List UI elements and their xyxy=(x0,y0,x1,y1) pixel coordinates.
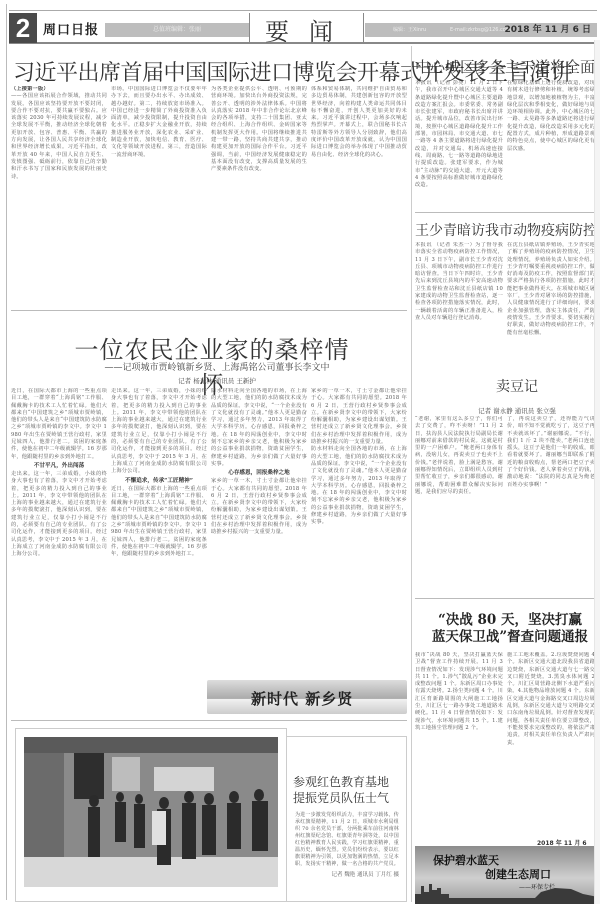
article-text: 家乡的一草一木，寸土寸金都让他牵挂于心。大家都有共同的愿望。2018 年 6 月… xyxy=(211,478,307,536)
issue-date: 2018 年 11 月 6 日 xyxy=(504,23,591,37)
masthead: 2 周口日报 总值班编辑：张丽 要闻 编辑：王Xinru E-mail:zkrb… xyxy=(9,10,597,44)
photo-credit: 记者 魏艳 通讯员 丁月红 摄 xyxy=(295,870,399,878)
banner-text-3: ——环保专栏 xyxy=(519,882,555,891)
article-text: “老谢，家里有这么多豆子，你们可去了交费了，咋不卖呀！”11 月 2 日，扶沟县… xyxy=(415,416,503,496)
lead-col-2: 市场。中国国际进口博览会不仅要年年办下去，而且要办出水平、办出成效、越办越好。第… xyxy=(111,86,207,304)
inspection-col-1: 我市“决战 80 天，坚决打赢蓝天保卫战”督查工作持续开展。11 月 3 日督查… xyxy=(415,652,503,836)
article-text: 近日，在国际大都市上海的一些重点项目工地，一群穿着“上海禹铭”工作服、佩戴胸卡的… xyxy=(111,486,207,559)
photo-frame xyxy=(15,728,287,902)
farmer-col-4: 家乡的一草一木，寸土寸金都让他牵挂于心。大家都有共同的愿望。2018 年 6 月… xyxy=(311,388,407,674)
red-base-headline-line2: 提振党员队伍士气 xyxy=(293,790,409,806)
editor-bar: 总值班编辑：张丽 xyxy=(105,23,249,37)
divider xyxy=(415,598,599,599)
page-edge xyxy=(594,40,600,904)
green-city-headline[interactable]: 中心城区多条主干道将全面绿化提质 xyxy=(415,56,600,77)
article-text: 近日，在国际大都市上海的一些重点项目工地，一群穿着“上海禹铭”工作服、佩戴胸卡的… xyxy=(11,388,107,461)
inspection-headline[interactable]: “决战 80 天，坚决打赢 蓝天保卫战”督查问题通报 xyxy=(417,612,600,646)
bean-byline: 记者 谢永静 通讯员 张立强 xyxy=(437,406,597,415)
article-text: 体系和贸易体制，共同维护自由贸易和多边贸易体制，共建创新包容的开放型世界经济，向… xyxy=(311,86,407,159)
divider xyxy=(11,310,407,311)
column-rule xyxy=(411,46,412,902)
inspection-headline-line1: “决战 80 天，坚决打赢 xyxy=(417,612,600,629)
animal-col-2: 在沈丘县纸店镇养殖场，王少青实地了解了养殖场的疫病防控情况，卫生处理情况，养殖场… xyxy=(507,242,595,368)
article-text: 市场。中国国际进口博览会不仅要年年办下去，而且要办出水平、办出成效、越办越好。第… xyxy=(111,86,207,159)
article-text: 在原绿化基础上进行提质改造，对现有树木进行修剪和补植，统筹考虑绿地景观，以增加地… xyxy=(507,80,595,153)
article-text: 为进一步激发党组织活力，丰富学习载体，传承红旗渠精神，11 月 2 日，项城市水… xyxy=(295,812,399,868)
article-text: 了，再说这卖豆子，还得能力气讲价，咱不知不觉就吃亏了，这豆子再不卖就该坏了。”谢… xyxy=(507,416,595,489)
divider xyxy=(415,212,599,213)
section-title: 要闻 xyxy=(259,12,359,47)
inspection-headline-line2: 蓝天保卫战”督查问题通报 xyxy=(417,629,600,646)
green-city-col-2: 在原绿化基础上进行提质改造，对现有树木进行修剪和补植，统筹考虑绿地景观，以增加地… xyxy=(507,80,595,210)
article-text: 走出来。这一年，三弟成婚，小妹的终身大事也有了着落，李文中才开始考虑着，把更多的… xyxy=(11,471,107,559)
inspection-col-2: 施工工地未覆盖。2.垃圾焚烧问题 4 个。东新区交通大道北段我县省道路边焚烧，东… xyxy=(507,652,595,836)
farmer-subheadline: ——记项城市贾岭镇新乡贤、上海禹铭公司董事长李文中 xyxy=(67,360,367,373)
editor-contact: 编辑：王Xinru xyxy=(393,23,426,37)
section-subhead: 心存感恩，回报桑梓之地 xyxy=(211,468,307,478)
city-skyline-icon xyxy=(415,880,600,904)
red-base-headline-line1: 参观红色教育基地 xyxy=(293,774,409,790)
article-text: 在沈丘县纸店镇养殖场，王少青实地了解了养殖场的疫病防控情况，卫生处理情况，养殖场… xyxy=(507,242,595,337)
article-text: 家乡的一草一木，寸土寸金都让他牵挂于心。大家都有共同的愿望。2018 年 6 月… xyxy=(311,388,407,446)
section-subhead: 不懈追求，传承“工匠精神” xyxy=(111,476,207,486)
lead-headline[interactable]: 习近平出席首届中国国际进口博览会开幕式并发表主旨演讲 xyxy=(13,56,409,87)
environment-column-banner[interactable]: 保护碧水蓝天 创建生态周口 ——环保专栏 xyxy=(415,846,600,904)
paper-name: 周口日报 xyxy=(43,19,99,38)
banner-text: 新时代 新乡贤 xyxy=(251,688,353,709)
article-text: 走出来。这一年，三弟成婚，小妹的终身大事也有了着落，李文中才开始考虑着，把更多的… xyxy=(111,388,207,476)
newspaper-page: 2 周口日报 总值班编辑：张丽 要闻 编辑：王Xinru E-mail:zkrb… xyxy=(6,4,594,900)
red-base-headline[interactable]: 参观红色教育基地 提振党员队伍士气 xyxy=(293,774,409,806)
lead-col-1: （上接第一版） ——各国应该拓展合作领域，推动共同发展。各国应该坚持要开放不要封… xyxy=(11,86,107,304)
article-text: 本报讯 （记者 彭亮）11 月 2 日下午，我市召开中心城区交通大道等 4 条道… xyxy=(415,80,503,189)
article-text: ——各国应该拓展合作领域，推动共同发展。各国应该坚持要开放不要封闭，要合作不要对… xyxy=(11,93,107,181)
divider xyxy=(11,720,407,721)
lead-col-4: 体系和贸易体制，共同维护自由贸易和多边贸易体制，共建创新包容的开放型世界经济，向… xyxy=(311,86,407,304)
farmer-col-1: 近日，在国际大都市上海的一些重点项目工地，一群穿着“上海禹铭”工作服、佩戴胸卡的… xyxy=(11,388,107,674)
red-base-body: 为进一步激发党组织活力，丰富学习载体，传承红旗渠精神，11 月 2 日，项城市水… xyxy=(295,812,399,878)
bean-headline[interactable]: 卖豆记 xyxy=(437,376,597,396)
exhibition-photo[interactable] xyxy=(24,737,278,887)
bean-col-2: 了，再说这卖豆子，还得能力气讲价，咱不知不觉就吃亏了，这豆子再不卖就该坏了。”谢… xyxy=(507,416,595,594)
animal-disease-headline[interactable]: 王少青暗访我市动物疫病防控工作 xyxy=(415,220,600,240)
new-era-banner[interactable]: 新时代 新乡贤 xyxy=(207,680,407,714)
masthead-divider xyxy=(249,13,250,43)
email-link[interactable]: E-mail:zkrbsg@126.com xyxy=(450,23,511,37)
green-city-col-1: 本报讯 （记者 彭亮）11 月 2 日下午，我市召开中心城区交通大道等 4 条道… xyxy=(415,80,503,210)
article-text: 本报讯 （记者 朱杰一）为了督导我市落实全省动物疫病防控工作情况，11 月 3 … xyxy=(415,242,503,322)
article-text: 为各类企业提供公平、透明、可预期的营商环境。加快出台外商投资法规，完善公开、透明… xyxy=(211,86,307,174)
page-number: 2 xyxy=(9,13,37,43)
lead-col-3: 为各类企业提供公平、透明、可预期的营商环境。加快出台外商投资法规，完善公开、透明… xyxy=(211,86,307,304)
info-bar: 编辑：王Xinru E-mail:zkrbsg@126.com 2018 年 1… xyxy=(365,23,597,37)
article-text: 防水材料走向全国各地的市场，在上海的大型工地，他们的防水防腐技术成为品质的保证。… xyxy=(211,388,307,468)
bean-col-1: “老谢，家里有这么多豆子，你们可去了交费了，咋不卖呀！”11 月 2 日，扶沟县… xyxy=(415,416,503,594)
article-text: 防水材料走向全国各地的市场，在上海的大型工地，他们的防水防腐技术成为品质的保证。… xyxy=(311,446,407,526)
crowd-image-icon xyxy=(24,737,278,887)
article-text: 施工工地未覆盖。2.垃圾焚烧问题 4 个。东新区交通大道北段我县省道路边焚烧，东… xyxy=(507,652,595,747)
animal-col-1: 本报讯 （记者 朱杰一）为了督导我市落实全省动物疫病防控工作情况，11 月 3 … xyxy=(415,242,503,368)
farmer-col-3: 防水材料走向全国各地的市场，在上海的大型工地，他们的防水防腐技术成为品质的保证。… xyxy=(211,388,307,674)
banner-text-2: 创建生态周口 xyxy=(485,866,551,882)
farmer-byline: 记者 杨光林 通讯员 王新护 xyxy=(67,376,367,385)
masthead-divider xyxy=(363,13,364,43)
section-subhead: 不甘平凡，外出闯荡 xyxy=(11,461,107,471)
article-text: 我市“决战 80 天，坚决打赢蓝天保卫战”督查工作持续开展。11 月 3 日督查… xyxy=(415,652,503,732)
farmer-col-2: 走出来。这一年，三弟成婚，小妹的终身大事也有了着落，李文中才开始考虑着，把更多的… xyxy=(111,388,207,674)
